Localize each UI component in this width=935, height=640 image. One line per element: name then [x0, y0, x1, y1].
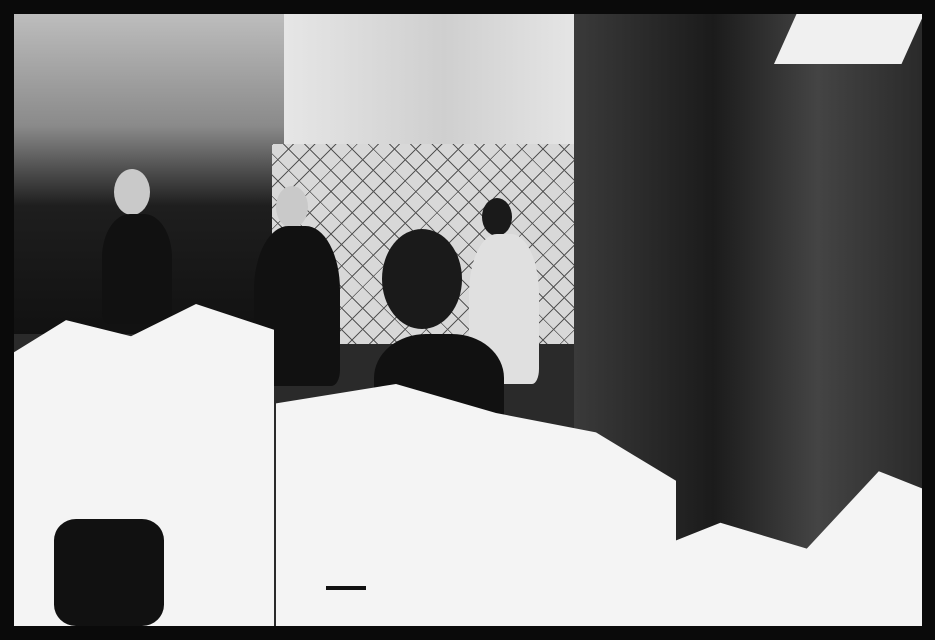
dark-fragment [54, 519, 164, 626]
person-3-head [482, 198, 512, 236]
small-dash [326, 586, 366, 590]
photo-frame [14, 14, 922, 626]
person-1 [102, 214, 172, 324]
person-4-head [382, 229, 462, 329]
person-1-head [114, 169, 150, 215]
photo-collage [0, 0, 935, 640]
sign-shape [774, 14, 922, 64]
curtain [284, 14, 604, 144]
person-2-head [276, 186, 308, 228]
